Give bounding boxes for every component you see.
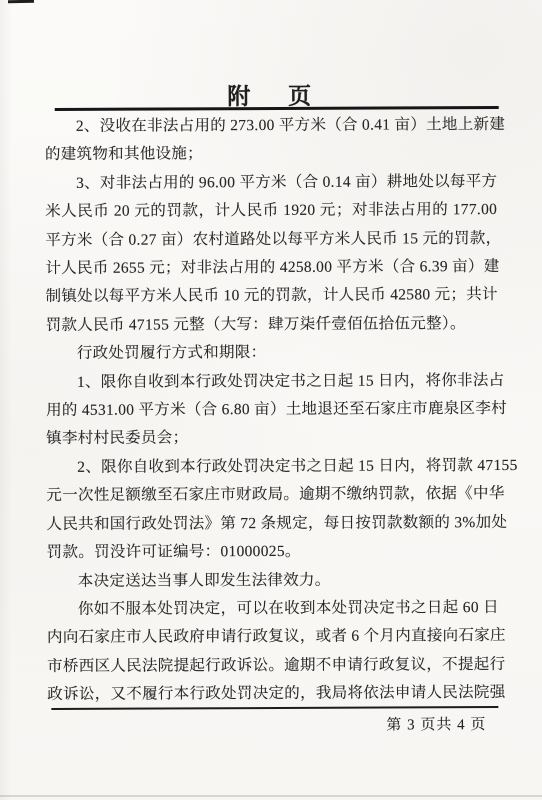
document-line: 用的 4531.00 平方米（合 6.80 亩）土地退还至石家庄市鹿泉区李村 bbox=[46, 395, 498, 425]
document-line: 2、没收在非法占用的 273.00 平方米（合 0.41 亩）土地上新建 bbox=[45, 111, 497, 141]
document-line: 镇李村村民委员会； bbox=[46, 423, 498, 453]
document-line: 的建筑物和其他设施； bbox=[45, 139, 497, 169]
document-content: 附 页 2、没收在非法占用的 273.00 平方米（合 0.41 亩）土地上新建… bbox=[0, 0, 542, 800]
document-line: 行政处罚履行方式和期限： bbox=[46, 338, 498, 368]
document-line: 政诉讼，又不履行本行政处罚决定的，我局将依法申请人民法院强 bbox=[47, 679, 499, 709]
document-line: 3、对非法占用的 96.00 平方米（合 0.14 亩）耕地处以每平方 bbox=[45, 168, 497, 198]
document-line: 米人民币 20 元的罚款，计人民币 1920 元；对非法占用的 177.00 bbox=[45, 196, 497, 226]
document-line: 本决定送达当事人即发生法律效力。 bbox=[47, 566, 499, 596]
document-line: 元一次性足额缴至石家庄市财政局。逾期不缴纳罚款，依据《中华 bbox=[46, 480, 498, 510]
document-line: 罚款。罚没许可证编号：01000025。 bbox=[47, 537, 499, 567]
document-line: 内向石家庄市人民政府申请行政复议，或者 6 个月内直接向石家庄 bbox=[47, 622, 499, 652]
document-line: 制镇处以每平方米人民币 10 元的罚款，计人民币 42580 元；共计 bbox=[45, 281, 497, 311]
page-number: 第 3 页共 4 页 bbox=[386, 713, 486, 734]
document-line: 计人民币 2655 元；对非法占用的 4258.00 平方米（合 6.39 亩）… bbox=[45, 253, 497, 283]
scanned-document-page: 附 页 2、没收在非法占用的 273.00 平方米（合 0.41 亩）土地上新建… bbox=[0, 0, 542, 800]
document-line: 你如不服本处罚决定，可以在收到本处罚决定书之日起 60 日 bbox=[47, 594, 499, 624]
document-line: 人民共和国行政处罚法》第 72 条规定，每日按罚款数额的 3%加处 bbox=[46, 509, 498, 539]
document-line: 市桥西区人民法院提起行政诉讼。逾期不申请行政复议，不提起行 bbox=[47, 651, 499, 681]
text-block: 2、没收在非法占用的 273.00 平方米（合 0.41 亩）土地上新建的建筑物… bbox=[45, 111, 500, 709]
document-line: 罚款人民币 47155 元整（大写：肆万柒仟壹佰伍拾伍元整）。 bbox=[46, 310, 498, 340]
document-line: 2、限你自收到本行政处罚决定书之日起 15 日内，将罚款 47155 bbox=[46, 452, 498, 482]
document-line: 平方米（合 0.27 亩）农村道路处以每平方米人民币 15 元的罚款， bbox=[45, 225, 497, 255]
document-line: 1、限你自收到本行政处罚决定书之日起 15 日内，将你非法占 bbox=[46, 367, 498, 397]
